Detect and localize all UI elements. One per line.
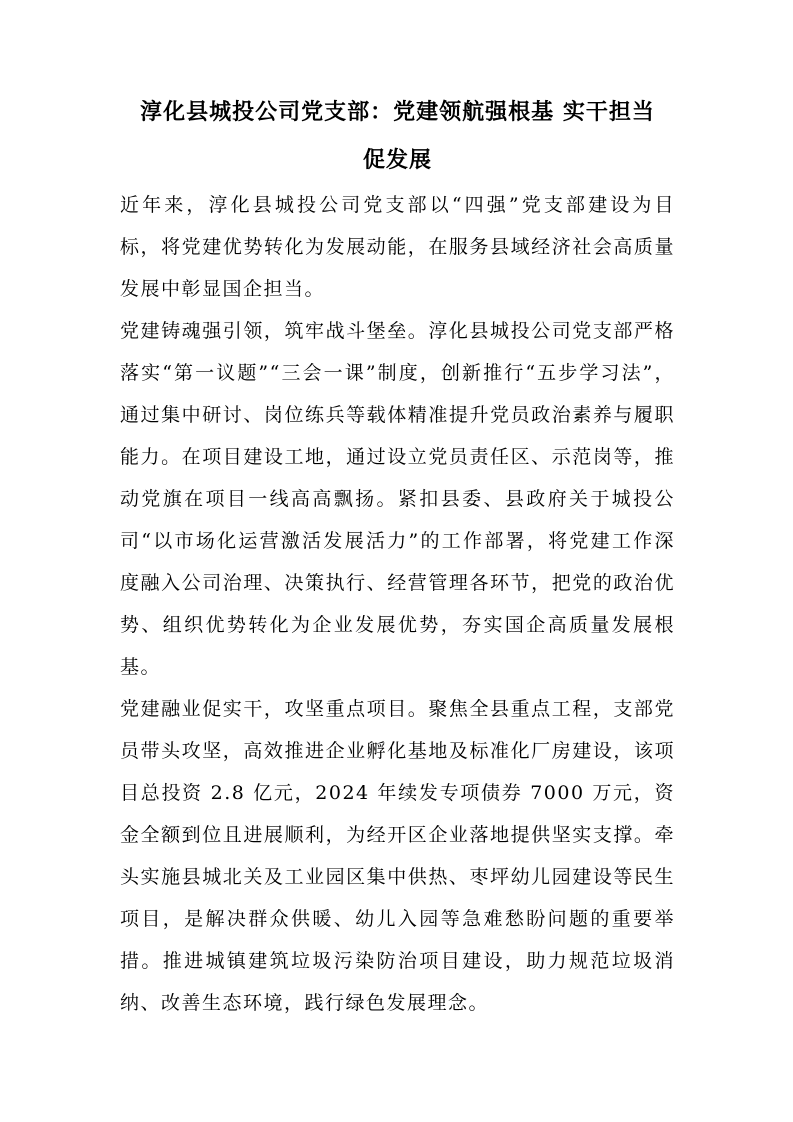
document-title: 淳化县城投公司党支部：党建领航强根基 实干担当 促发展 xyxy=(120,88,675,184)
paragraph-3: 党建融业促实干，攻坚重点项目。聚焦全县重点工程，支部党员带头攻坚，高效推进企业孵… xyxy=(120,688,675,1024)
paragraph-2: 党建铸魂强引领，筑牢战斗堡垒。淳化县城投公司党支部严格落实“第一议题”“三会一课… xyxy=(120,310,675,688)
title-line-2: 促发展 xyxy=(120,136,675,184)
title-line-1: 淳化县城投公司党支部：党建领航强根基 实干担当 xyxy=(120,88,675,136)
document-body: 近年来，淳化县城投公司党支部以“四强”党支部建设为目标，将党建优势转化为发展动能… xyxy=(120,184,675,1024)
paragraph-1: 近年来，淳化县城投公司党支部以“四强”党支部建设为目标，将党建优势转化为发展动能… xyxy=(120,184,675,310)
document-page: 淳化县城投公司党支部：党建领航强根基 实干担当 促发展 近年来，淳化县城投公司党… xyxy=(0,0,793,1122)
